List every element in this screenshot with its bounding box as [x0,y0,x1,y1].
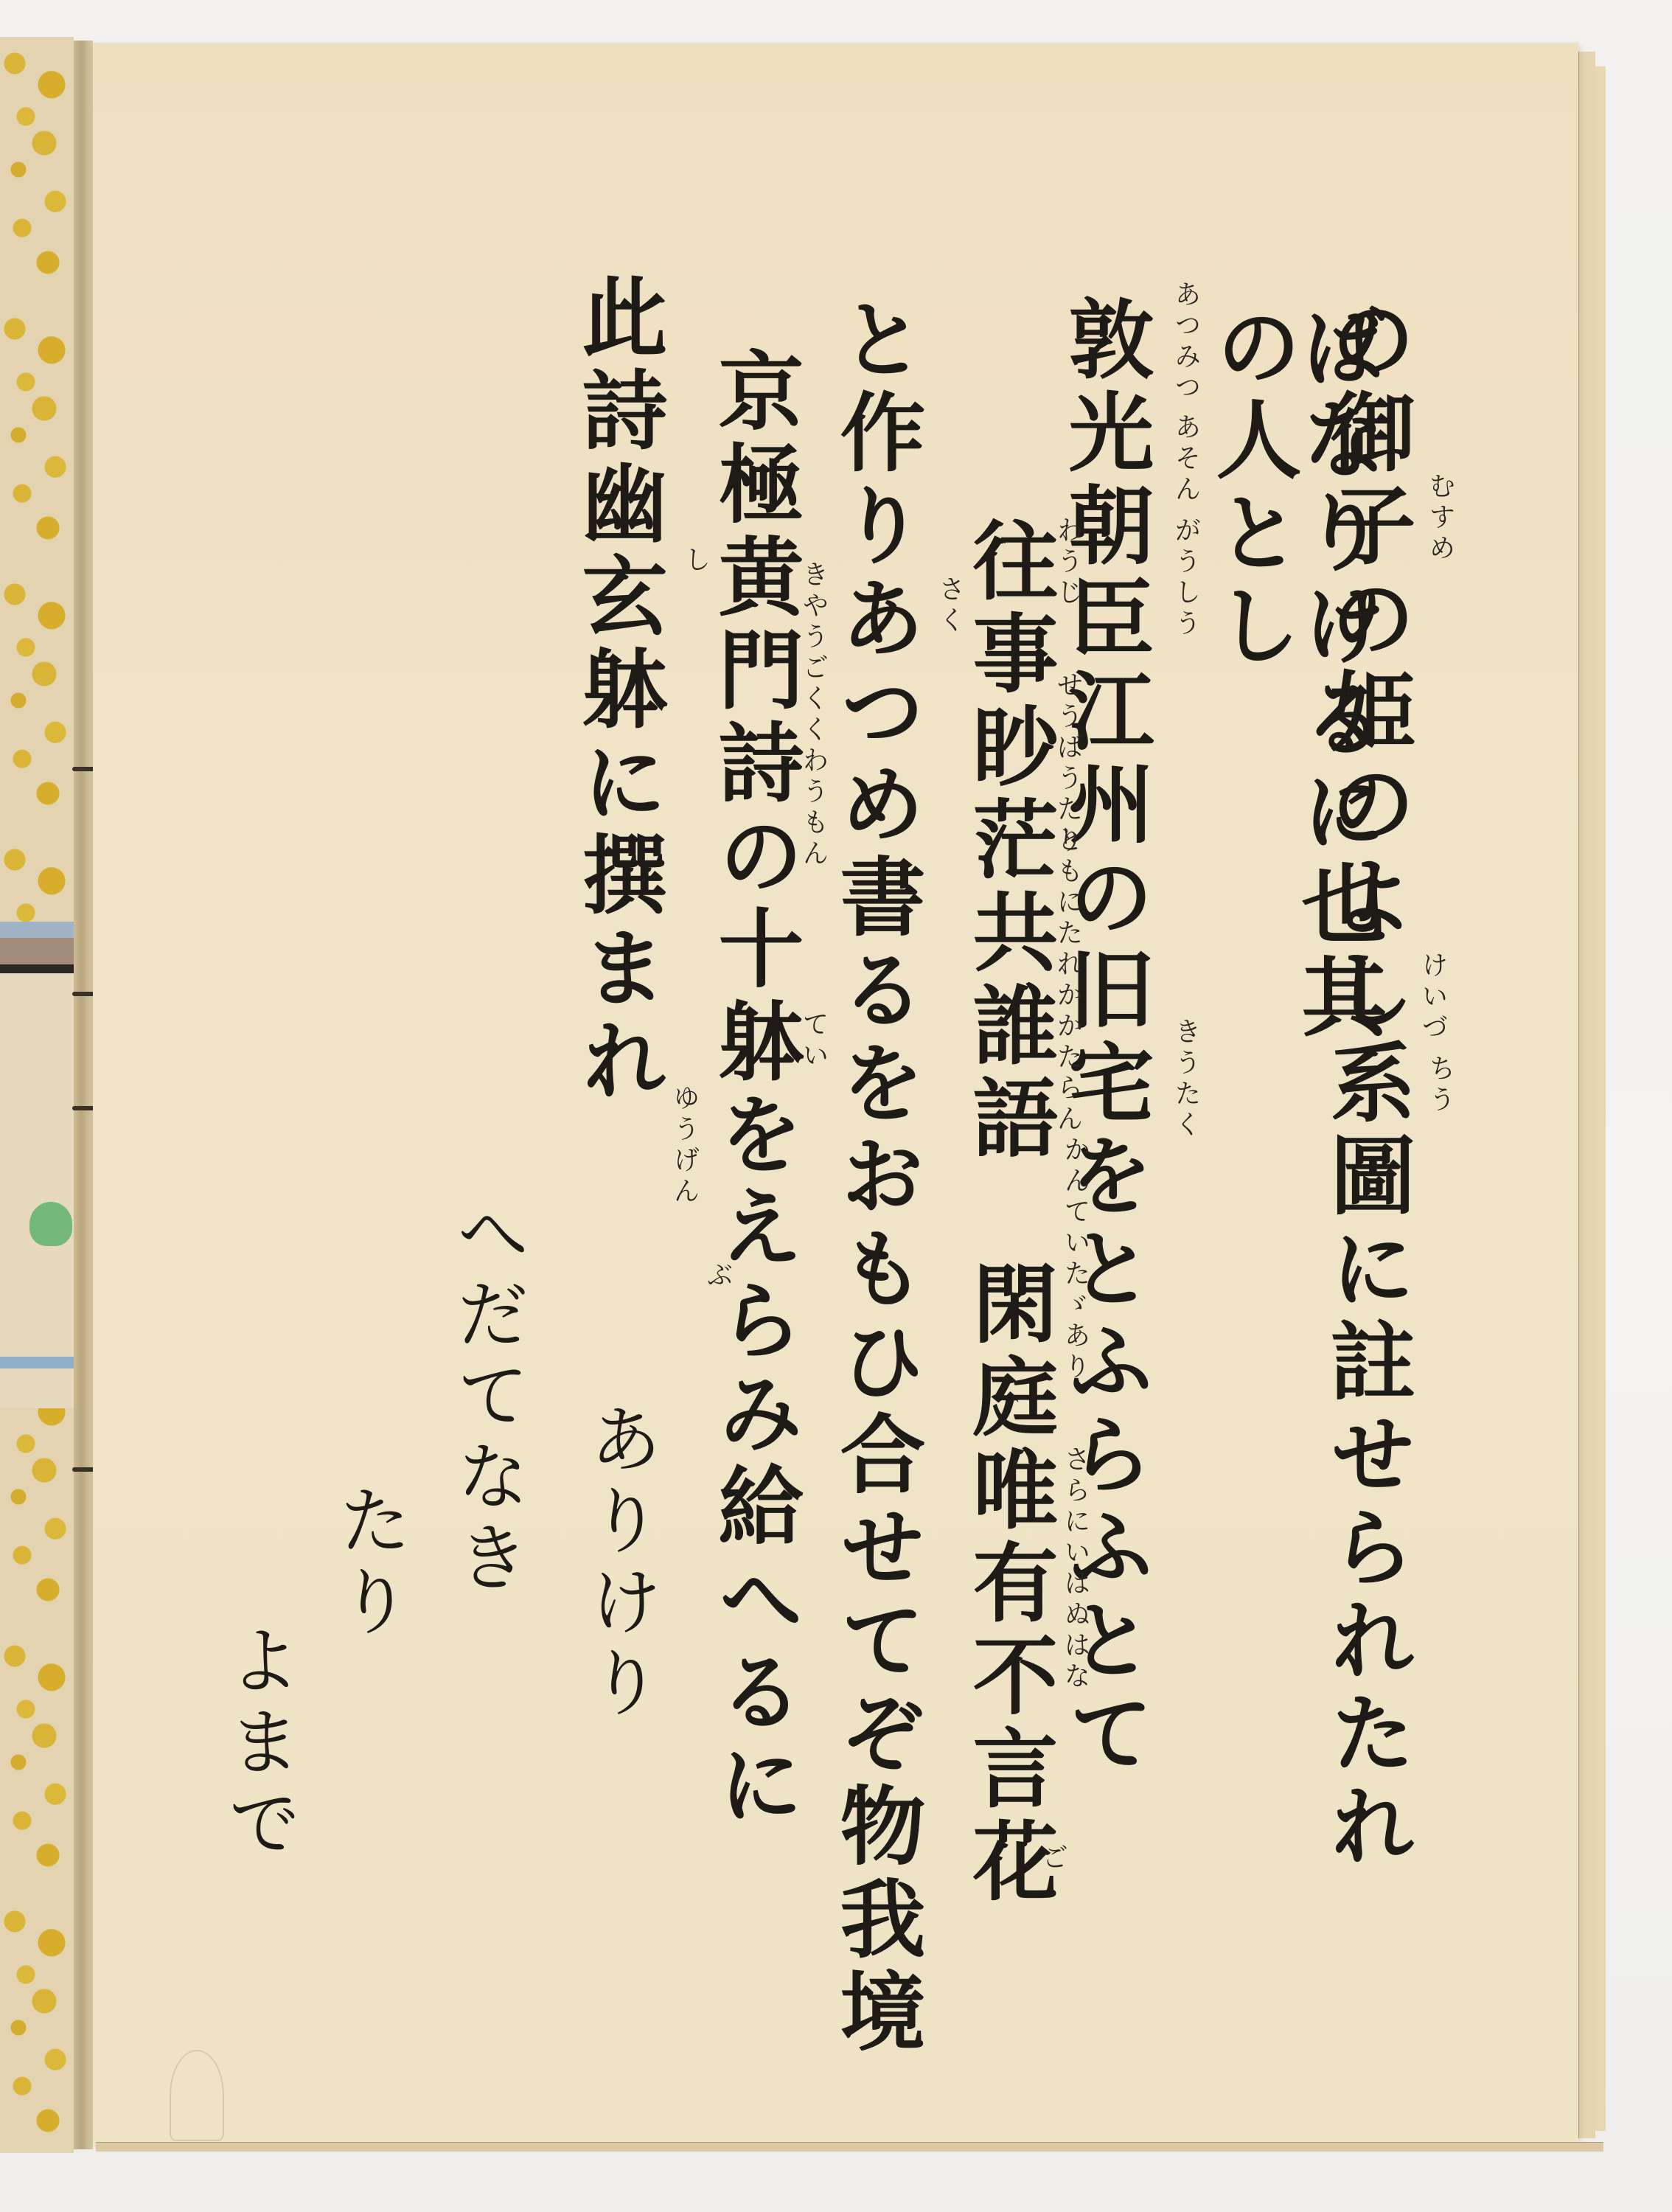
text-column-2: ばなりけるに也其の人とし [1209,302,1380,1077]
furigana: かんていたゞあり [1062,1135,1088,1383]
furigana: てい [800,1010,826,1072]
furigana: ぶ [704,1261,731,1292]
furigana: ちう [1427,1054,1453,1116]
text-column-9: ありけり [582,1401,656,1725]
page-bottom-edge [96,2142,1603,2152]
text-column-5: と作りあつめ書るをおもひ合せてぞ物我境 [833,295,919,2060]
text-column-4: 往事眇茫共誰語 閑庭唯有不言花 [966,516,1051,1910]
illustration-green-robe [29,1202,72,1246]
illustration-roof-band [0,938,74,964]
furigana: がうしう [1172,516,1199,640]
furigana: けいづ [1419,951,1446,1044]
page-stack-edge [1578,52,1595,2138]
page-stack-edge [1595,66,1606,2131]
furigana: ゆうげん [671,1084,697,1208]
text-column-11: よまで [221,1622,295,1865]
water-stain [170,2050,224,2141]
furigana: きやうごくくわうもん [800,560,826,870]
illustration-floor-band [0,1357,74,1368]
furigana: さく [936,575,963,637]
furigana: きうたく [1172,1018,1199,1141]
furigana: わうじ [1054,516,1081,609]
furigana: し [682,546,708,577]
illustration-sky-band [0,922,74,938]
furigana: あつみつ [1172,280,1199,404]
furigana: ご [1039,1843,1066,1874]
illustration-beam [0,964,74,973]
text-column-10: たり [332,1482,405,1644]
book-spine [74,41,93,2149]
furigana: さらにいはぬはな [1062,1445,1088,1693]
furigana: ともにたれかかたらん [1054,826,1081,1135]
text-column-8: へだてなき [450,1194,523,1600]
text-column-6: 京極黄門詩の十躰をえらみ給へるに [711,347,797,1833]
furigana: むすめ [1427,472,1453,565]
text-column-7: 此詩幽玄躰に撰まれ [575,273,661,1109]
furigana: あそん [1172,413,1199,506]
facing-page-illustration [0,922,74,1408]
